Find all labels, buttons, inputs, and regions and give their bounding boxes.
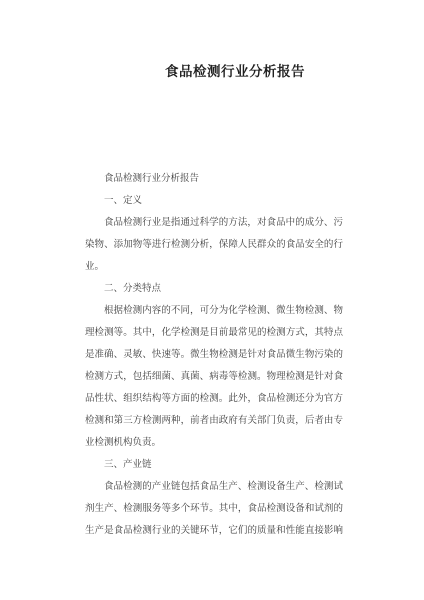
paragraph-line: 剂生产、检测服务等多个环节。其中，食品检测设备和试剂的: [85, 498, 343, 520]
paragraph-line: 食品检测行业是指通过科学的方法，对食品中的成分、污: [85, 212, 343, 234]
paragraph-line: 是准确、灵敏、快速等。微生物检测是针对食品微生物污染的: [85, 344, 343, 366]
paragraph-line: 理检测等。其中，化学检测是目前最常见的检测方式，其特点: [85, 322, 343, 344]
document-title: 食品检测行业分析报告: [0, 62, 424, 82]
paragraph-line: 品性状、组织结构等方面的检测。此外，食品检测还分为官方: [85, 388, 343, 410]
document-subtitle: 食品检测行业分析报告: [85, 168, 343, 190]
section-heading-industry-chain: 三、产业链: [85, 454, 343, 476]
paragraph-line: 食品检测的产业链包括食品生产、检测设备生产、检测试: [85, 476, 343, 498]
paragraph-line: 业检测机构负责。: [85, 432, 343, 454]
paragraph-line: 生产是食品检测行业的关键环节，它们的质量和性能直接影响: [85, 520, 343, 542]
paragraph-line: 检测和第三方检测两种，前者由政府有关部门负责，后者由专: [85, 410, 343, 432]
document-body: 食品检测行业分析报告 一、定义 食品检测行业是指通过科学的方法，对食品中的成分、…: [85, 168, 343, 542]
section-heading-definition: 一、定义: [85, 190, 343, 212]
document-page: 食品检测行业分析报告 食品检测行业分析报告 一、定义 食品检测行业是指通过科学的…: [0, 0, 424, 600]
paragraph-line: 根据检测内容的不同，可分为化学检测、微生物检测、物: [85, 300, 343, 322]
paragraph-line: 业。: [85, 256, 343, 278]
paragraph-line: 检测方式，包括细菌、真菌、病毒等检测。物理检测是针对食: [85, 366, 343, 388]
paragraph-line: 染物、添加物等进行检测分析，保障人民群众的食品安全的行: [85, 234, 343, 256]
section-heading-classification: 二、分类特点: [85, 278, 343, 300]
